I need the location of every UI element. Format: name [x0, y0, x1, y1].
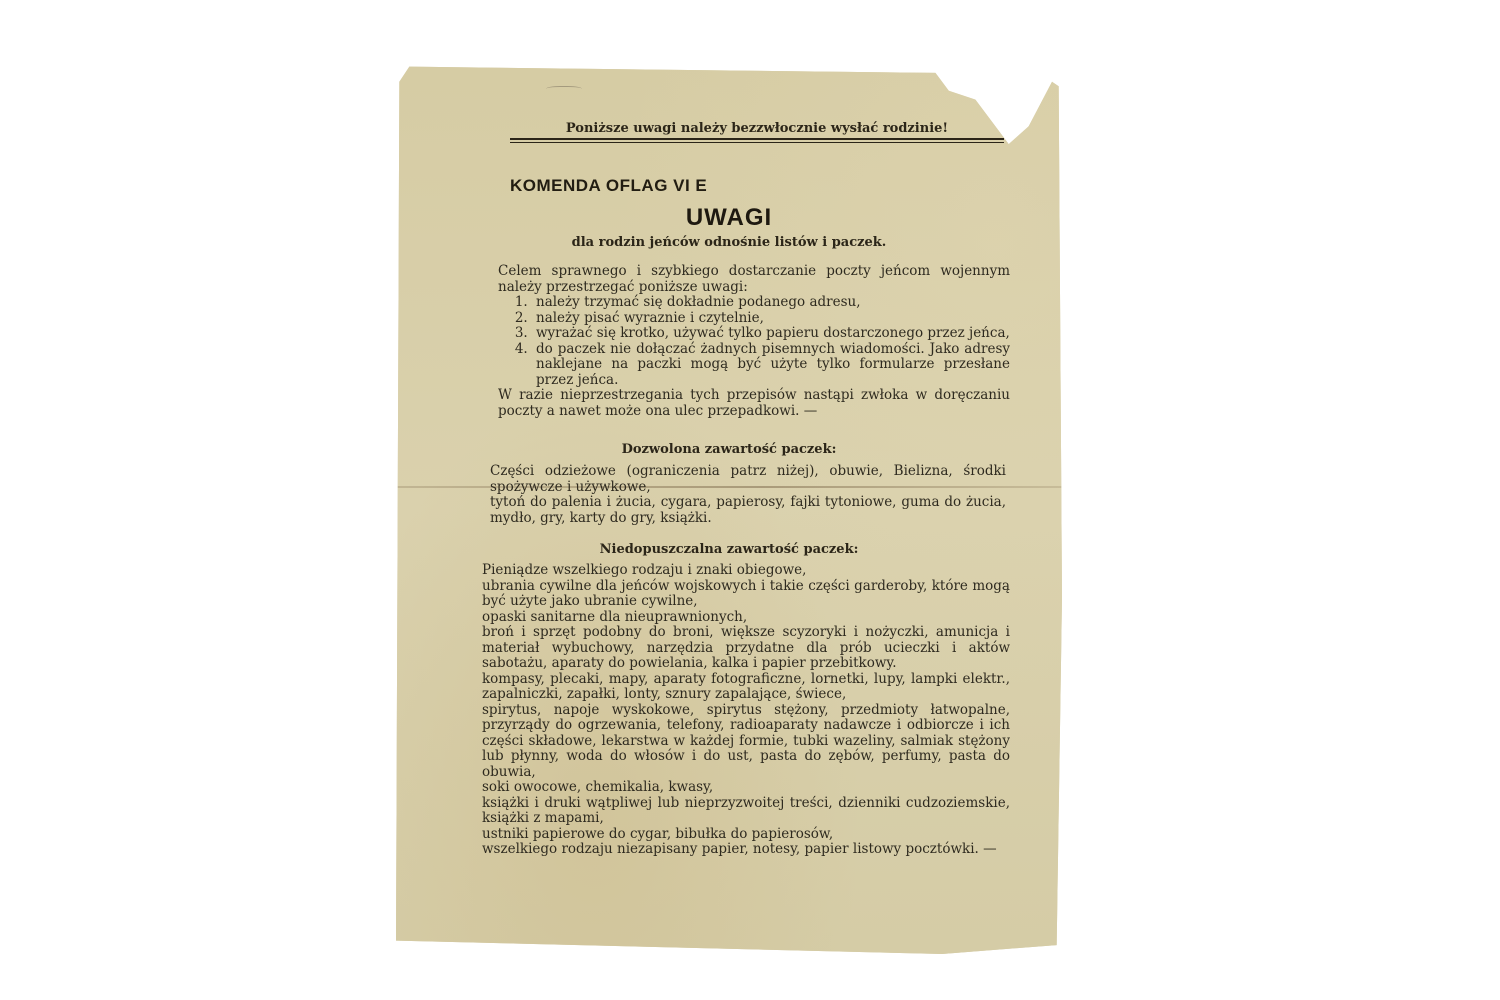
double-rule [510, 138, 1004, 143]
rules-list: należy trzymać się dokładnie podanego ad… [498, 295, 1010, 388]
forbidden-section: Pieniądze wszelkiego rodzaju i znaki obi… [482, 563, 1010, 858]
allowed-heading: Dozwolona zawartość paczek: [396, 442, 1062, 457]
page-title: UWAGI [396, 204, 1062, 232]
allowed-line: Części odzieżowe (ograniczenia patrz niż… [490, 464, 1006, 495]
forbidden-line: opaski sanitarne dla nieuprawnionych, [482, 610, 1010, 626]
intro-paragraph: Celem sprawnego i szybkiego dostarczanie… [498, 264, 1010, 295]
forbidden-line: ubrania cywilne dla jeńców wojskowych i … [482, 579, 1010, 610]
forbidden-line: wszelkiego rodzaju niezapisany papier, n… [482, 842, 1010, 858]
rule-item: do paczek nie dołączać żadnych pisemnych… [532, 342, 1010, 389]
rule-item: należy pisać wyraznie i czytelnie, [532, 311, 1010, 327]
issuer-heading: KOMENDA OFLAG VI E [510, 176, 707, 196]
forbidden-line: broń i sprzęt podobny do broni, większe … [482, 625, 1010, 672]
rule-item: wyrażać się krotko, używać tylko papieru… [532, 326, 1010, 342]
forbidden-line: spirytus, napoje wyskokowe, spirytus stę… [482, 703, 1010, 781]
forbidden-line: soki owocowe, chemikalia, kwasy, [482, 780, 1010, 796]
page-subtitle: dla rodzin jeńców odnośnie listów i pacz… [396, 235, 1062, 250]
forbidden-line: książki i druki wątpliwej lub nieprzyzwo… [482, 796, 1010, 827]
notice-banner: Poniższe uwagi należy bezzwłocznie wysła… [512, 121, 1002, 136]
document-sheet: Poniższe uwagi należy bezzwłocznie wysła… [396, 64, 1062, 954]
allowed-line: tytoń do palenia i żucia, cygara, papier… [490, 495, 1006, 526]
allowed-section: Części odzieżowe (ograniczenia patrz niż… [490, 464, 1006, 526]
staple-mark [546, 86, 582, 93]
forbidden-line: kompasy, plecaki, mapy, aparaty fotograf… [482, 672, 1010, 703]
warning-paragraph: W razie nieprzestrzegania tych przepisów… [498, 388, 1010, 419]
forbidden-line: ustniki papierowe do cygar, bibułka do p… [482, 827, 1010, 843]
intro-section: Celem sprawnego i szybkiego dostarczanie… [498, 264, 1010, 419]
forbidden-heading: Niedopuszczalna zawartość paczek: [396, 542, 1062, 557]
forbidden-line: Pieniądze wszelkiego rodzaju i znaki obi… [482, 563, 1010, 579]
rule-item: należy trzymać się dokładnie podanego ad… [532, 295, 1010, 311]
